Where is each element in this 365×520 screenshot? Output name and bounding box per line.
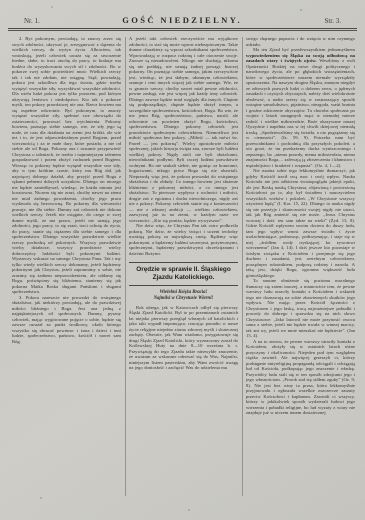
paragraph: Ma ten Zjazd być przedewszystkiem jednom… <box>246 47 355 168</box>
scan-speck <box>40 497 42 499</box>
salutation-line: Najmilsi w Chrystusie Wierni! <box>129 296 238 302</box>
paragraph: 2. Być pokornym, powiadają, to znaczy zr… <box>12 36 121 295</box>
paragraph-text: Ma ten Zjazd być przedewszystkiem jednom… <box>253 47 355 52</box>
paragraph: Nie można sobie tego lekkomyślnie tłumac… <box>246 168 355 278</box>
paragraph: A jeżeli taki człowiek rzeczywiście ma w… <box>129 36 238 223</box>
scan-speck <box>188 509 190 511</box>
page-number: Str. 3. <box>324 17 341 25</box>
paragraph-text: Weszliśmy z woli Opatrzności Boskiej na … <box>246 58 355 168</box>
column-left: 2. Być pokornym, powiadają, to znaczy zr… <box>12 36 121 510</box>
paragraph: swego chętnego poparcia i do wzięcia w n… <box>246 36 355 47</box>
newspaper-title: GOŚĆ NIEDZIELNY. <box>122 15 242 25</box>
paragraph: Nie dziw więc, że Chrystus Pan tak ostro… <box>129 223 238 256</box>
article-headline: Orędzie w sprawie II. Śląskiego Zjazdu K… <box>129 262 238 286</box>
text-columns: 2. Być pokornym, powiadają, to znaczy zr… <box>0 31 365 510</box>
issue-number: Nr. 1. <box>24 17 40 25</box>
column-right: swego chętnego poparcia i do wzięcia w n… <box>246 36 355 510</box>
article-salutation: Wielebni Księża Bracia! Najmilsi w Chrys… <box>129 290 238 303</box>
scan-speck <box>300 9 302 11</box>
masthead: Nr. 1. GOŚĆ NIEDZIELNY. Str. 3. <box>0 0 365 27</box>
paragraph: Rok ubiega, jak w Katowicach odbył się p… <box>129 305 238 371</box>
newspaper-page: Nr. 1. GOŚĆ NIEDZIELNY. Str. 3. 2. Być p… <box>0 0 365 520</box>
column-rule <box>238 36 246 510</box>
paragraph: To smutne obniżenie się poziomu moralneg… <box>246 278 355 339</box>
column-rule <box>121 36 129 510</box>
column-middle: A jeżeli taki człowiek rzeczywiście ma w… <box>129 36 238 510</box>
paragraph: A na to znowu, że pewne warstwy utraciły… <box>246 339 355 416</box>
paragraph: 3. Pokora nareszcie nie prowadzi do wstr… <box>12 295 121 345</box>
scan-speck <box>51 6 53 8</box>
